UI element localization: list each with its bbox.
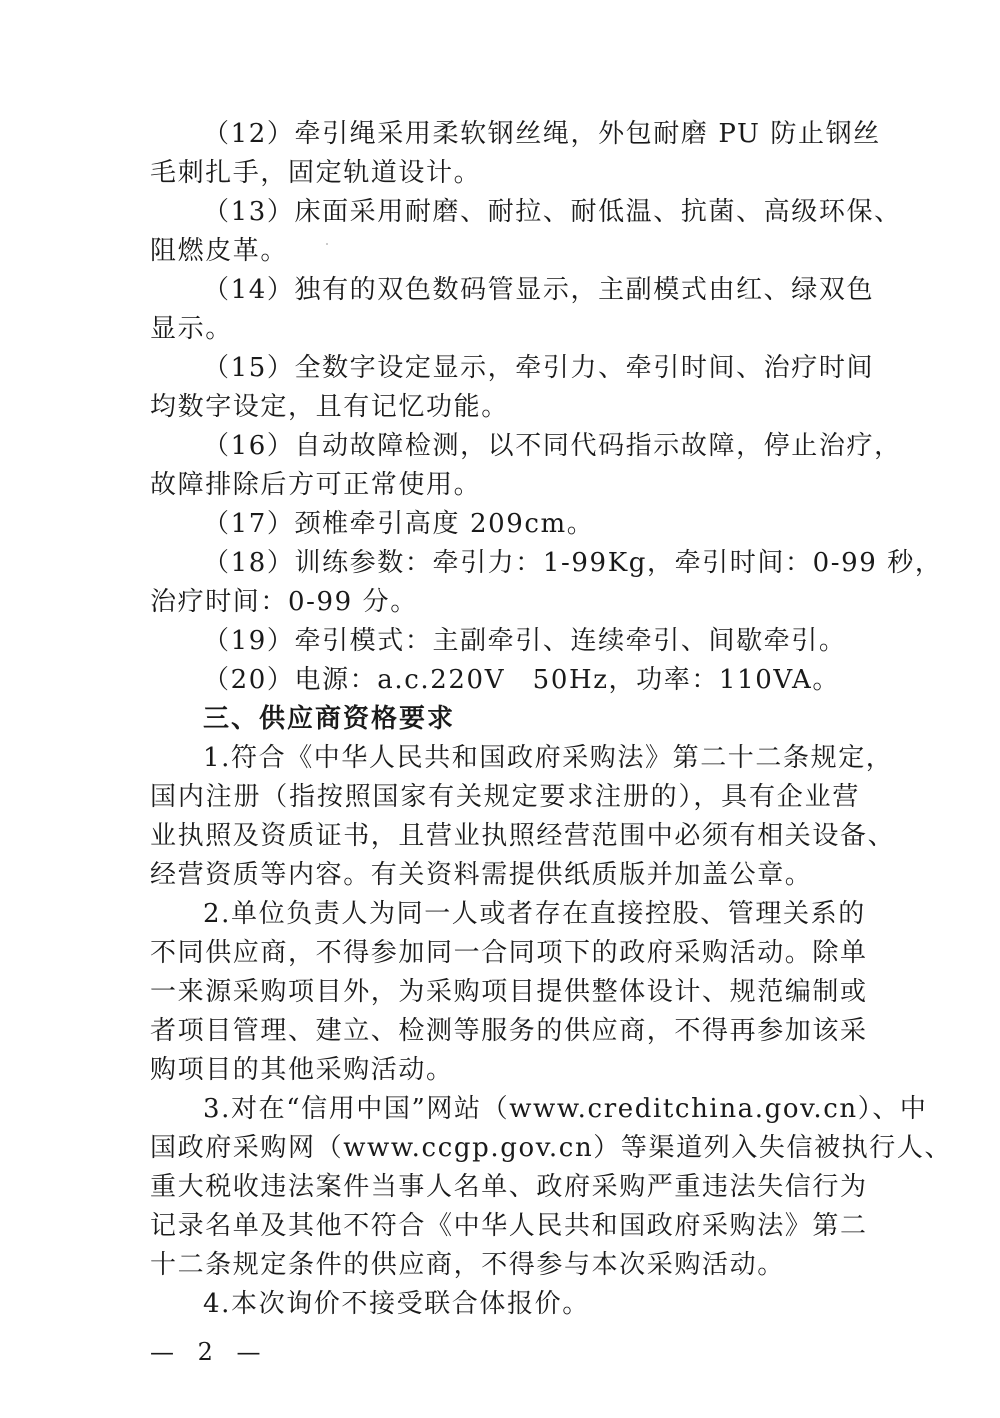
spec-item-line: （19）牵引模式：主副牵引、连续牵引、间歇牵引。 — [203, 623, 860, 659]
spec-item-line: （20）电源：a.c.220V 50Hz，功率：110VA。 — [203, 662, 860, 698]
spec-item-line: （15）全数字设定显示，牵引力、牵引时间、治疗时间 — [203, 350, 860, 386]
spec-item-line: （14）独有的双色数码管显示，主副模式由红、绿双色 — [203, 272, 860, 308]
requirement-line: 4.本次询价不接受联合体报价。 — [203, 1286, 860, 1322]
spec-item-line: 均数字设定，且有记忆功能。 — [150, 389, 860, 425]
spec-item-line: 显示。 — [150, 311, 860, 347]
spec-item-line: 故障排除后方可正常使用。 — [150, 467, 860, 503]
requirement-line: 重大税收违法案件当事人名单、政府采购严重违法失信行为 — [150, 1169, 860, 1205]
requirement-line: 经营资质等内容。有关资料需提供纸质版并加盖公章。 — [150, 857, 860, 893]
requirement-line: 一来源采购项目外，为采购项目提供整体设计、规范编制或 — [150, 974, 860, 1010]
section-heading: 三、供应商资格要求 — [203, 701, 860, 737]
requirement-line: 者项目管理、建立、检测等服务的供应商，不得再参加该采 — [150, 1013, 860, 1049]
requirement-line: 2.单位负责人为同一人或者存在直接控股、管理关系的 — [203, 896, 860, 932]
spec-item-line: 阻燃皮革。 — [150, 233, 860, 269]
requirement-line: 国政府采购网（www.ccgp.gov.cn）等渠道列入失信被执行人、 — [150, 1130, 860, 1166]
requirement-line: 记录名单及其他不符合《中华人民共和国政府采购法》第二 — [150, 1208, 860, 1244]
spec-item-line: （18）训练参数：牵引力：1-99Kg，牵引时间：0-99 秒， — [203, 545, 860, 581]
requirement-line: 3.对在“信用中国”网站（www.creditchina.gov.cn）、中 — [203, 1091, 860, 1127]
requirement-line: 国内注册（指按照国家有关规定要求注册的），具有企业营 — [150, 779, 860, 815]
spec-item-line: （17）颈椎牵引高度 209cm。 — [203, 506, 860, 542]
spec-item-line: （13）床面采用耐磨、耐拉、耐低温、抗菌、高级环保、 — [203, 194, 860, 230]
spec-item-line: 毛刺扎手，固定轨道设计。 — [150, 155, 860, 191]
spec-item-line: （16）自动故障检测，以不同代码指示故障，停止治疗， — [203, 428, 860, 464]
requirement-line: 业执照及资质证书，且营业执照经营范围中必须有相关设备、 — [150, 818, 860, 854]
page-number: — 2 — — [150, 1337, 269, 1367]
requirement-line: 不同供应商，不得参加同一合同项下的政府采购活动。除单 — [150, 935, 860, 971]
requirement-line: 十二条规定条件的供应商，不得参与本次采购活动。 — [150, 1247, 860, 1283]
document-page: （12）牵引绳采用柔软钢丝绳，外包耐磨 PU 防止钢丝毛刺扎手，固定轨道设计。（… — [0, 0, 1000, 1418]
requirement-line: 1.符合《中华人民共和国政府采购法》第二十二条规定， — [203, 740, 860, 776]
requirement-line: 购项目的其他采购活动。 — [150, 1052, 860, 1088]
spec-item-line: （12）牵引绳采用柔软钢丝绳，外包耐磨 PU 防止钢丝 — [203, 116, 860, 152]
spec-item-line: 治疗时间：0-99 分。 — [150, 584, 860, 620]
